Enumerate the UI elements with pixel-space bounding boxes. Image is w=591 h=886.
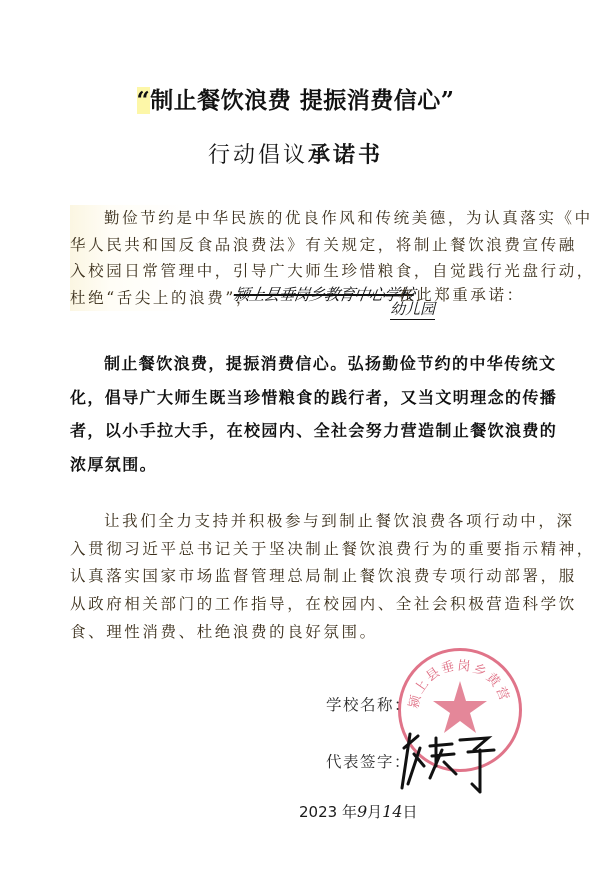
paragraph-pledge-bold: 制止餐饮浪费，提振消费信心。弘扬勤俭节约的中华传统文 化，倡导广大师生既当珍惜粮… (70, 347, 522, 482)
handwritten-school-name: 颍上县垂岗乡教育中心学校 (232, 282, 415, 305)
handwritten-month: 9 (357, 802, 367, 821)
paragraph-line: 入贯彻习近平总书记关于坚决制止餐饮浪费行为的重要指示精神， (70, 536, 522, 564)
signing-date: 2023 年9月14日 (299, 801, 418, 822)
paragraph-line: 让我们全力支持并积极参与到制止餐饮浪费各项行动中，深 (70, 508, 522, 536)
subtitle-bold: 承诺书 (308, 143, 383, 168)
paragraph-line: 从政府相关部门的工作指导，在校园内、全社会积极营造科学饮 (70, 591, 522, 619)
title-open-quote: “ (137, 87, 151, 114)
paragraph-line: 浓厚氛围。 (70, 448, 522, 482)
paragraph-line: 制止餐饮浪费，提振消费信心。弘扬勤俭节约的中华传统文 (70, 347, 522, 381)
title-close-quote: ” (441, 87, 455, 114)
title-main-text: 制止餐饮浪费 提振消费信心 (150, 87, 441, 114)
paragraph-line: 认真落实国家市场监督管理总局制止餐饮浪费专项行动部署，服 (70, 563, 522, 591)
handwritten-signature-icon (396, 726, 506, 796)
document-title: “制止餐饮浪费 提振消费信心” (0, 82, 591, 115)
document-subtitle: 行动倡议承诺书 (0, 138, 591, 169)
subtitle-regular: 行动倡议 (208, 143, 308, 168)
paragraph-line: 化，倡导广大师生既当珍惜粮食的践行者，又当文明理念的传播 (70, 381, 522, 415)
document-page: “制止餐饮浪费 提振消费信心” 行动倡议承诺书 勤俭节约是中华民族的优良作风和传… (0, 0, 591, 886)
paragraph-line: 入校园日常管理中，引导广大师生珍惜粮食，自觉践行光盘行动， (70, 258, 522, 285)
paragraph-line: 者，以小手拉大手，在校园内、全社会努力营造制止餐饮浪费的 (70, 414, 522, 448)
paragraph-line: 食、理性消费、杜绝浪费的良好氛围。 (70, 619, 522, 647)
school-name-label: 学校名称： (326, 693, 411, 715)
handwritten-day: 14 (382, 802, 402, 821)
paragraph-line: 勤俭节约是中华民族的优良作风和传统美德，为认真落实《中 (70, 205, 522, 232)
paragraph-action: 让我们全力支持并积极参与到制止餐饮浪费各项行动中，深 入贯彻习近平总书记关于坚决… (70, 508, 522, 646)
paragraph-line: 华人民共和国反食品浪费法》有关规定，将制止餐饮浪费宣传融 (70, 232, 522, 259)
handwritten-kindergarten: 幼儿园 (390, 298, 435, 320)
